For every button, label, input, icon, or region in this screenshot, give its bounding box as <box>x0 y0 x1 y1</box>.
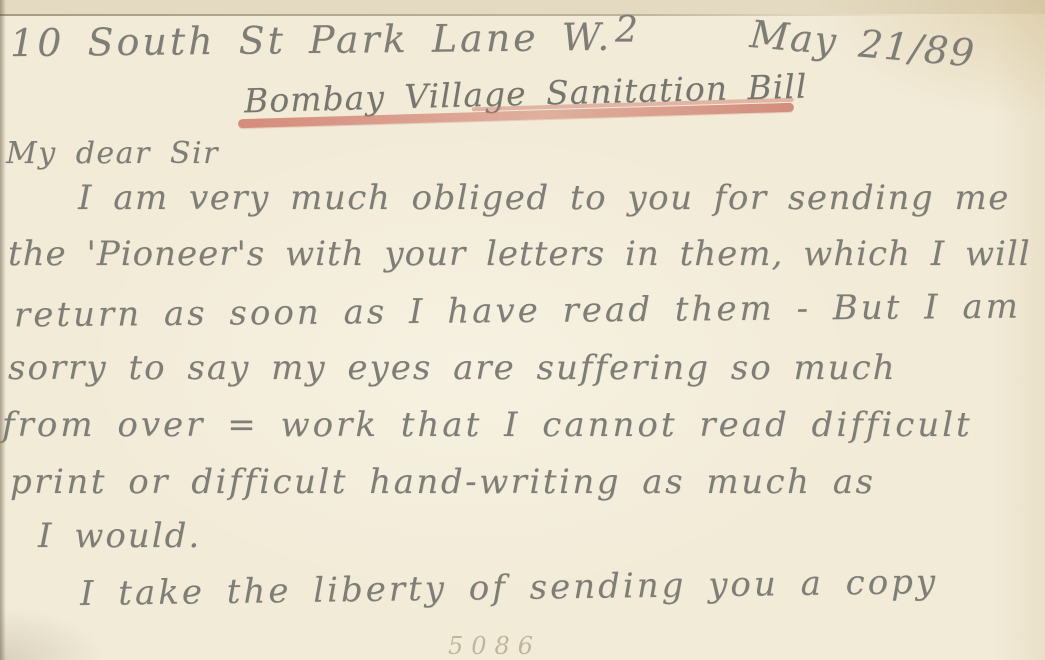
catalog-number: 5086 <box>448 632 541 660</box>
page-number: 2 <box>615 10 639 51</box>
body-line: I would. <box>38 516 201 556</box>
body-line: return as soon as I have read them - But… <box>14 287 1021 336</box>
body-line: print or difficult hand-writing as much … <box>10 462 875 502</box>
letter-date: May 21/89 <box>748 12 977 76</box>
body-line: sorry to say my eyes are suffering so mu… <box>8 348 897 388</box>
letter-address: 10 South St Park Lane W. <box>10 15 613 65</box>
handwritten-letter-scan: 10 South St Park Lane W. 2 May 21/89 Bom… <box>0 0 1045 660</box>
body-line: from over = work that I cannot read diff… <box>2 405 973 445</box>
body-line: the 'Pioneer's with your letters in them… <box>8 234 1031 274</box>
body-line: I take the liberty of sending you a copy <box>80 562 939 614</box>
scan-left-edge-shadow <box>0 0 6 660</box>
body-line: I am very much obliged to you for sendin… <box>78 178 1010 218</box>
card-top-edge <box>0 0 1045 14</box>
letter-salutation: My dear Sir <box>6 136 219 171</box>
